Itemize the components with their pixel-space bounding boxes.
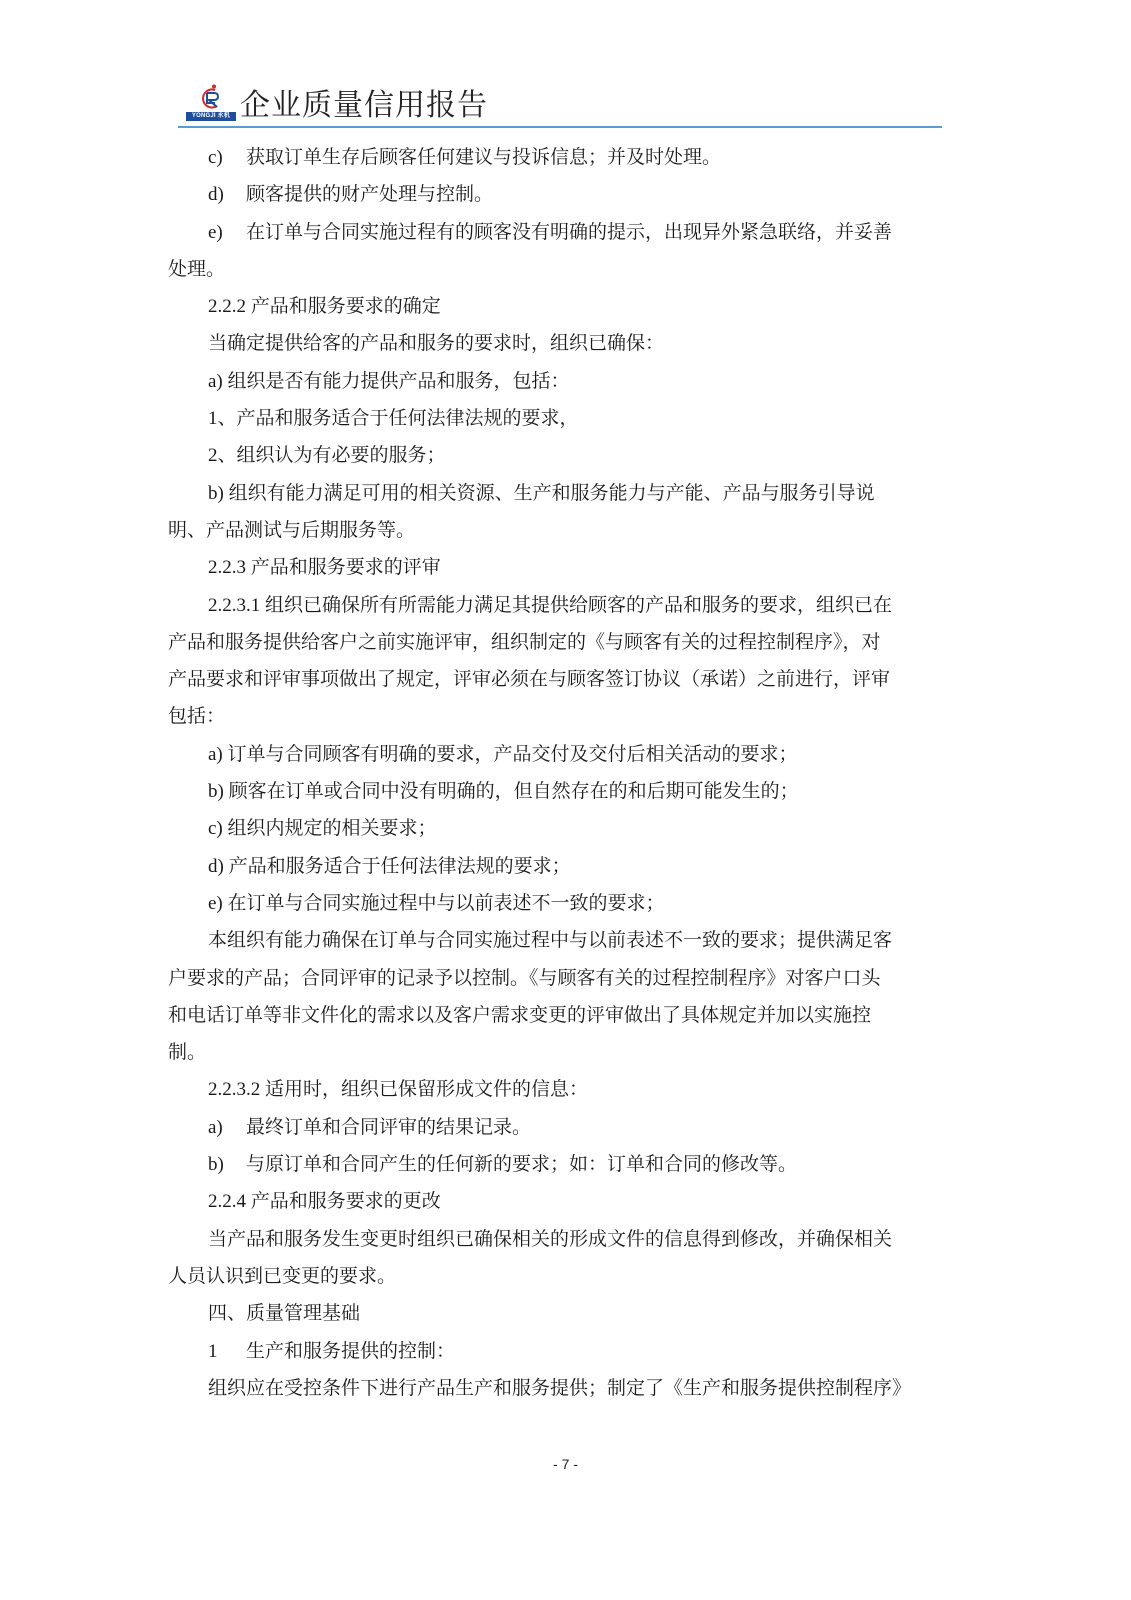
line-text: a) 订单与合同顾客有明确的要求，产品交付及交付后相关活动的要求； [208,744,798,765]
text-line: 明、产品测试与后期服务等。 [168,512,942,549]
line-text: 2、组织认为有必要的服务； [208,445,446,466]
text-line: a)最终订单和合同评审的结果记录。 [168,1109,942,1146]
line-text: 2.2.2 产品和服务要求的确定 [208,296,441,317]
text-line: 产品要求和评审事项做出了规定，评审必须在与顾客签订协议（承诺）之前进行，评审 [168,661,942,698]
line-text: 最终订单和合同评审的结果记录。 [246,1117,531,1138]
logo-mark-icon [199,84,223,110]
header-divider [178,126,942,128]
text-line: b)与原订单和合同产生的任何新的要求；如：订单和合同的修改等。 [168,1146,942,1183]
line-text: 和电话订单等非文件化的需求以及客户需求变更的评审做出了具体规定并加以实施控 [168,1005,871,1026]
text-line: 四、质量管理基础 [168,1295,942,1332]
text-line: e) 在订单与合同实施过程中与以前表述不一致的要求； [168,885,942,922]
list-label: c) [208,139,246,176]
line-text: 2.2.3 产品和服务要求的评审 [208,557,441,578]
line-text: 1、产品和服务适合于任何法律法规的要求， [208,408,579,429]
line-text: 顾客提供的财产处理与控制。 [246,184,493,205]
line-text: c) 组织内规定的相关要求； [208,818,437,839]
line-text: 与原订单和合同产生的任何新的要求；如：订单和合同的修改等。 [246,1154,797,1175]
line-text: 在订单与合同实施过程有的顾客没有明确的提示，出现异外紧急联络，并妥善 [246,222,892,243]
text-line: 2.2.3.2 适用时，组织已保留形成文件的信息： [168,1071,942,1108]
text-line: 本组织有能力确保在订单与合同实施过程中与以前表述不一致的要求；提供满足客 [168,922,942,959]
text-line: b) 顾客在订单或合同中没有明确的，但自然存在的和后期可能发生的； [168,773,942,810]
line-text: 人员认识到已变更的要求。 [168,1266,396,1287]
line-text: 户要求的产品；合同评审的记录予以控制。《与顾客有关的过程控制程序》对客户口头 [168,968,881,989]
text-line: 2、组织认为有必要的服务； [168,437,942,474]
line-text: 质量管理基础 [246,1303,360,1324]
text-line: a) 订单与合同顾客有明确的要求，产品交付及交付后相关活动的要求； [168,736,942,773]
document-title: 企业质量信用报告 [240,88,488,124]
text-line: a) 组织是否有能力提供产品和服务，包括： [168,363,942,400]
text-line: e)在订单与合同实施过程有的顾客没有明确的提示，出现异外紧急联络，并妥善 [168,214,942,251]
line-text: 当产品和服务发生变更时组织已确保相关的形成文件的信息得到修改，并确保相关 [208,1229,892,1250]
text-line: 2.2.2 产品和服务要求的确定 [168,288,942,325]
list-label: 四、 [208,1295,246,1332]
list-label: d) [208,176,246,213]
text-line: 2.2.3.1 组织已确保所有所需能力满足其提供给顾客的产品和服务的要求，组织已… [168,587,942,624]
line-text: 产品要求和评审事项做出了规定，评审必须在与顾客签订协议（承诺）之前进行，评审 [168,669,890,690]
line-text: 产品和服务提供给客户之前实施评审，组织制定的《与顾客有关的过程控制程序》，对 [168,632,881,653]
text-line: 和电话订单等非文件化的需求以及客户需求变更的评审做出了具体规定并加以实施控 [168,997,942,1034]
text-line: c) 组织内规定的相关要求； [168,810,942,847]
text-line: 1生产和服务提供的控制： [168,1333,942,1370]
page-number: - 7 - [0,1456,1131,1472]
list-label: 1 [208,1333,246,1370]
text-line: c)获取订单生存后顾客任何建议与投诉信息；并及时处理。 [168,139,942,176]
line-text: d) 产品和服务适合于任何法律法规的要求； [208,856,571,877]
line-text: 明、产品测试与后期服务等。 [168,520,415,541]
text-line: 制。 [168,1034,942,1071]
line-text: a) 组织是否有能力提供产品和服务，包括： [208,371,570,392]
text-line: 当产品和服务发生变更时组织已确保相关的形成文件的信息得到修改，并确保相关 [168,1221,942,1258]
line-text: b) 顾客在订单或合同中没有明确的，但自然存在的和后期可能发生的； [208,781,799,802]
list-label: b) [208,1146,246,1183]
logo-text: YONGJI 永机 [186,112,236,121]
line-text: b) 组织有能力满足可用的相关资源、生产和服务能力与产能、产品与服务引导说 [208,483,875,504]
text-line: 包括： [168,698,942,735]
list-label: e) [208,214,246,251]
line-text: 生产和服务提供的控制： [246,1341,455,1362]
line-text: 本组织有能力确保在订单与合同实施过程中与以前表述不一致的要求；提供满足客 [208,930,892,951]
line-text: 处理。 [168,259,225,280]
document-body: c)获取订单生存后顾客任何建议与投诉信息；并及时处理。d)顾客提供的财产处理与控… [168,139,942,1407]
line-text: 组织应在受控条件下进行产品生产和服务提供；制定了《生产和服务提供控制程序》 [208,1378,911,1399]
text-line: 户要求的产品；合同评审的记录予以控制。《与顾客有关的过程控制程序》对客户口头 [168,960,942,997]
text-line: d)顾客提供的财产处理与控制。 [168,176,942,213]
line-text: 2.2.4 产品和服务要求的更改 [208,1191,441,1212]
text-line: 2.2.4 产品和服务要求的更改 [168,1183,942,1220]
line-text: 获取订单生存后顾客任何建议与投诉信息；并及时处理。 [246,147,721,168]
company-logo: YONGJI 永机 [186,84,236,128]
line-text: 2.2.3.2 适用时，组织已保留形成文件的信息： [208,1079,588,1100]
text-line: 处理。 [168,251,942,288]
line-text: 制。 [168,1042,206,1063]
text-line: d) 产品和服务适合于任何法律法规的要求； [168,848,942,885]
page-header: YONGJI 永机 企业质量信用报告 [178,78,942,128]
line-text: e) 在订单与合同实施过程中与以前表述不一致的要求； [208,893,665,914]
text-line: 人员认识到已变更的要求。 [168,1258,942,1295]
line-text: 当确定提供给客的产品和服务的要求时，组织已确保： [208,333,664,354]
text-line: 组织应在受控条件下进行产品生产和服务提供；制定了《生产和服务提供控制程序》 [168,1370,942,1407]
text-line: 2.2.3 产品和服务要求的评审 [168,549,942,586]
text-line: 当确定提供给客的产品和服务的要求时，组织已确保： [168,325,942,362]
line-text: 2.2.3.1 组织已确保所有所需能力满足其提供给顾客的产品和服务的要求，组织已… [208,595,892,616]
text-line: 1、产品和服务适合于任何法律法规的要求， [168,400,942,437]
text-line: 产品和服务提供给客户之前实施评审，组织制定的《与顾客有关的过程控制程序》，对 [168,624,942,661]
line-text: 包括： [168,706,225,727]
text-line: b) 组织有能力满足可用的相关资源、生产和服务能力与产能、产品与服务引导说 [168,475,942,512]
list-label: a) [208,1109,246,1146]
